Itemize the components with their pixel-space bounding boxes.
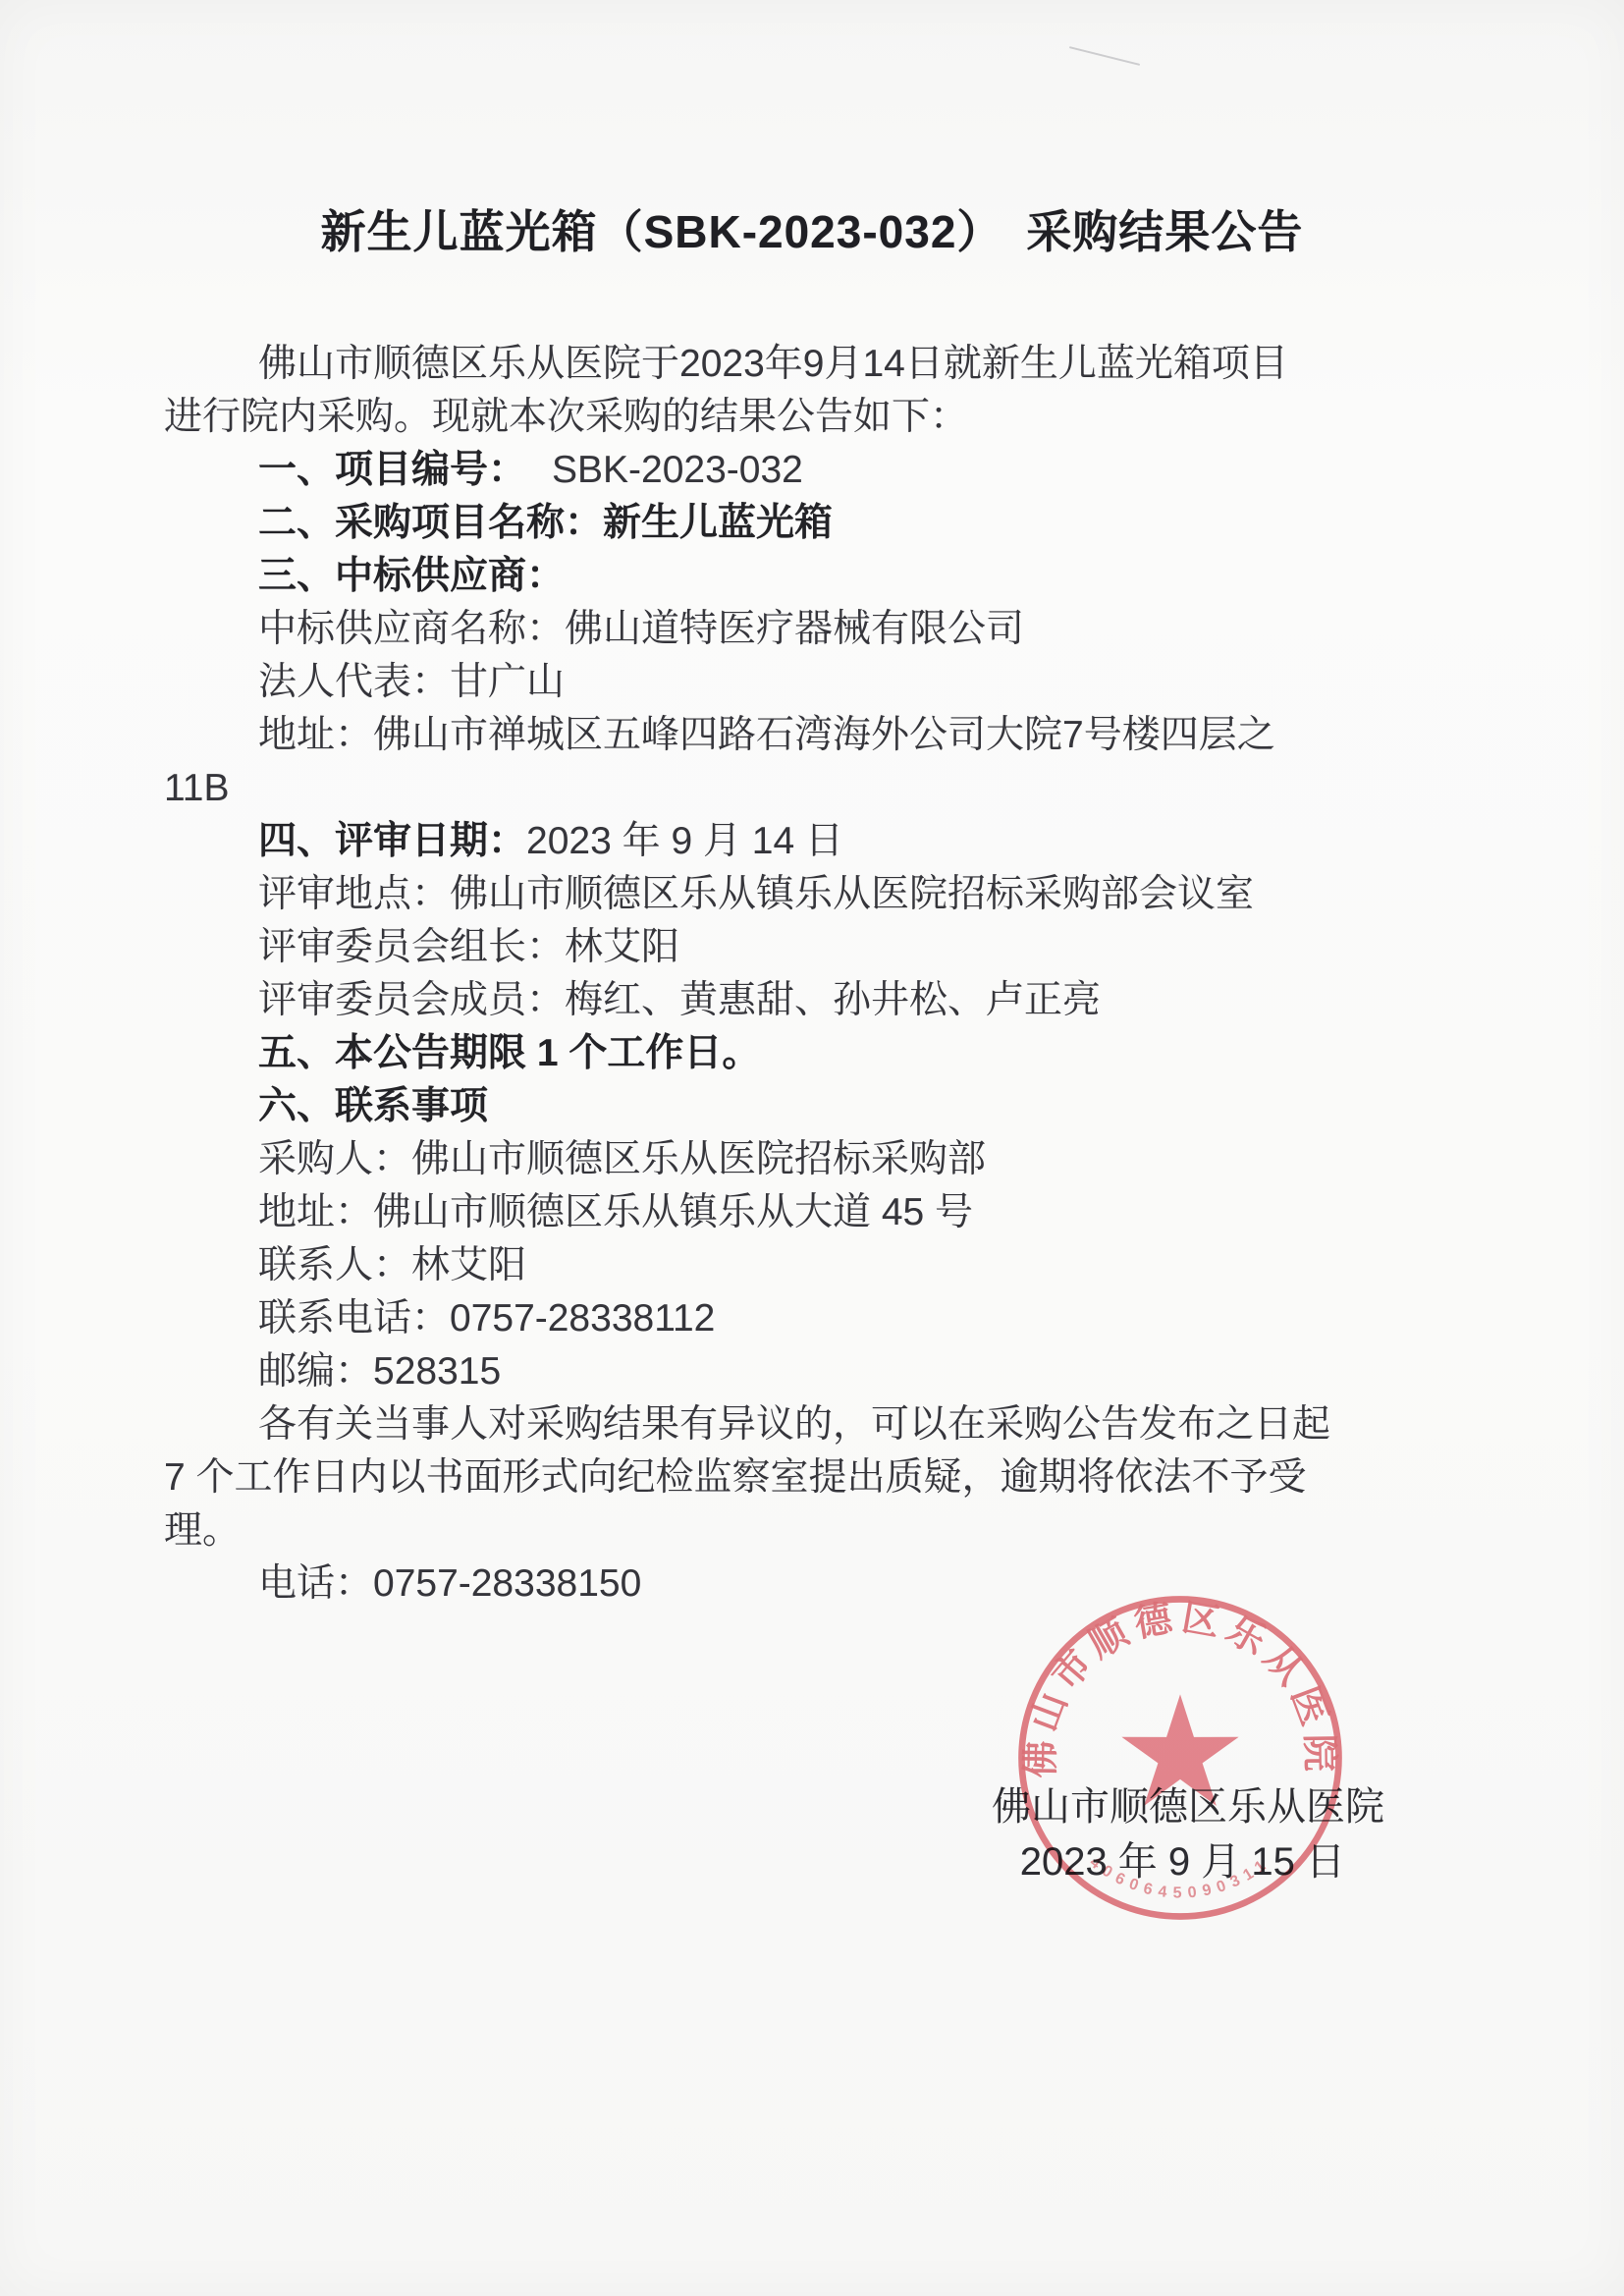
page-title: 新生儿蓝光箱（SBK-2023-032） 采购结果公告 xyxy=(0,0,1624,257)
intro-line-1: 佛山市顺德区乐从医院于2023年9月14日就新生儿蓝光箱项目 xyxy=(164,338,1470,391)
line-project-number: 一、项目编号：SBK-2023-032 xyxy=(164,444,1470,497)
intro-line-2: 进行院内采购。现就本次采购的结果公告如下： xyxy=(164,391,1470,444)
objection-line-1: 各有关当事人对采购结果有异议的，可以在采购公告发布之日起 xyxy=(164,1398,1470,1451)
official-seal-stamp-icon: 佛山市顺德区乐从医院 4060645090311 xyxy=(994,1571,1367,1944)
line-supplier-name: 中标供应商名称：佛山道特医疗器械有限公司 xyxy=(164,603,1470,656)
project-number-value: SBK-2023-032 xyxy=(552,449,803,491)
line-winning-supplier-heading: 三、中标供应商： xyxy=(164,550,1470,603)
seal-serial-number: 4060645090311 xyxy=(1086,1853,1273,1902)
objection-line-2: 7 个工作日内以书面形式向纪检监察室提出质疑，逾期将依法不予受 xyxy=(164,1451,1470,1504)
review-date-value: 2023 年 9 月 14 日 xyxy=(526,820,843,862)
seal-star-icon xyxy=(1121,1694,1238,1805)
line-contact-heading: 六、联系事项 xyxy=(164,1080,1470,1133)
announcement-body: 佛山市顺德区乐从医院于2023年9月14日就新生儿蓝光箱项目 进行院内采购。现就… xyxy=(164,338,1470,1611)
line-supplier-address-2: 11B xyxy=(164,762,1470,815)
line-project-name: 二、采购项目名称：新生儿蓝光箱 xyxy=(164,497,1470,550)
project-number-label: 一、项目编号： xyxy=(258,449,526,491)
review-date-label: 四、评审日期： xyxy=(258,820,526,862)
line-review-members: 评审委员会成员：梅红、黄惠甜、孙井松、卢正亮 xyxy=(164,974,1470,1027)
scanned-announcement-page: 新生儿蓝光箱（SBK-2023-032） 采购结果公告 佛山市顺德区乐从医院于2… xyxy=(0,0,1624,2296)
line-purchaser: 采购人：佛山市顺德区乐从医院招标采购部 xyxy=(164,1133,1470,1186)
line-supplier-address-1: 地址：佛山市禅城区五峰四路石湾海外公司大院7号楼四层之 xyxy=(164,709,1470,762)
line-notice-period: 五、本公告期限 1 个工作日。 xyxy=(164,1027,1470,1080)
line-review-date: 四、评审日期：2023 年 9 月 14 日 xyxy=(164,815,1470,868)
seal-serial-text-path: 4060645090311 xyxy=(1086,1853,1273,1902)
line-review-place: 评审地点：佛山市顺德区乐从镇乐从医院招标采购部会议室 xyxy=(164,868,1470,921)
line-legal-rep: 法人代表：甘广山 xyxy=(164,656,1470,709)
line-contact-phone: 联系电话：0757-28338112 xyxy=(164,1292,1470,1345)
line-review-leader: 评审委员会组长：林艾阳 xyxy=(164,921,1470,974)
line-postcode: 邮编：528315 xyxy=(164,1345,1470,1398)
line-contact-person: 联系人：林艾阳 xyxy=(164,1239,1470,1292)
objection-line-3: 理。 xyxy=(164,1504,1470,1558)
line-contact-address: 地址：佛山市顺德区乐从镇乐从大道 45 号 xyxy=(164,1186,1470,1239)
